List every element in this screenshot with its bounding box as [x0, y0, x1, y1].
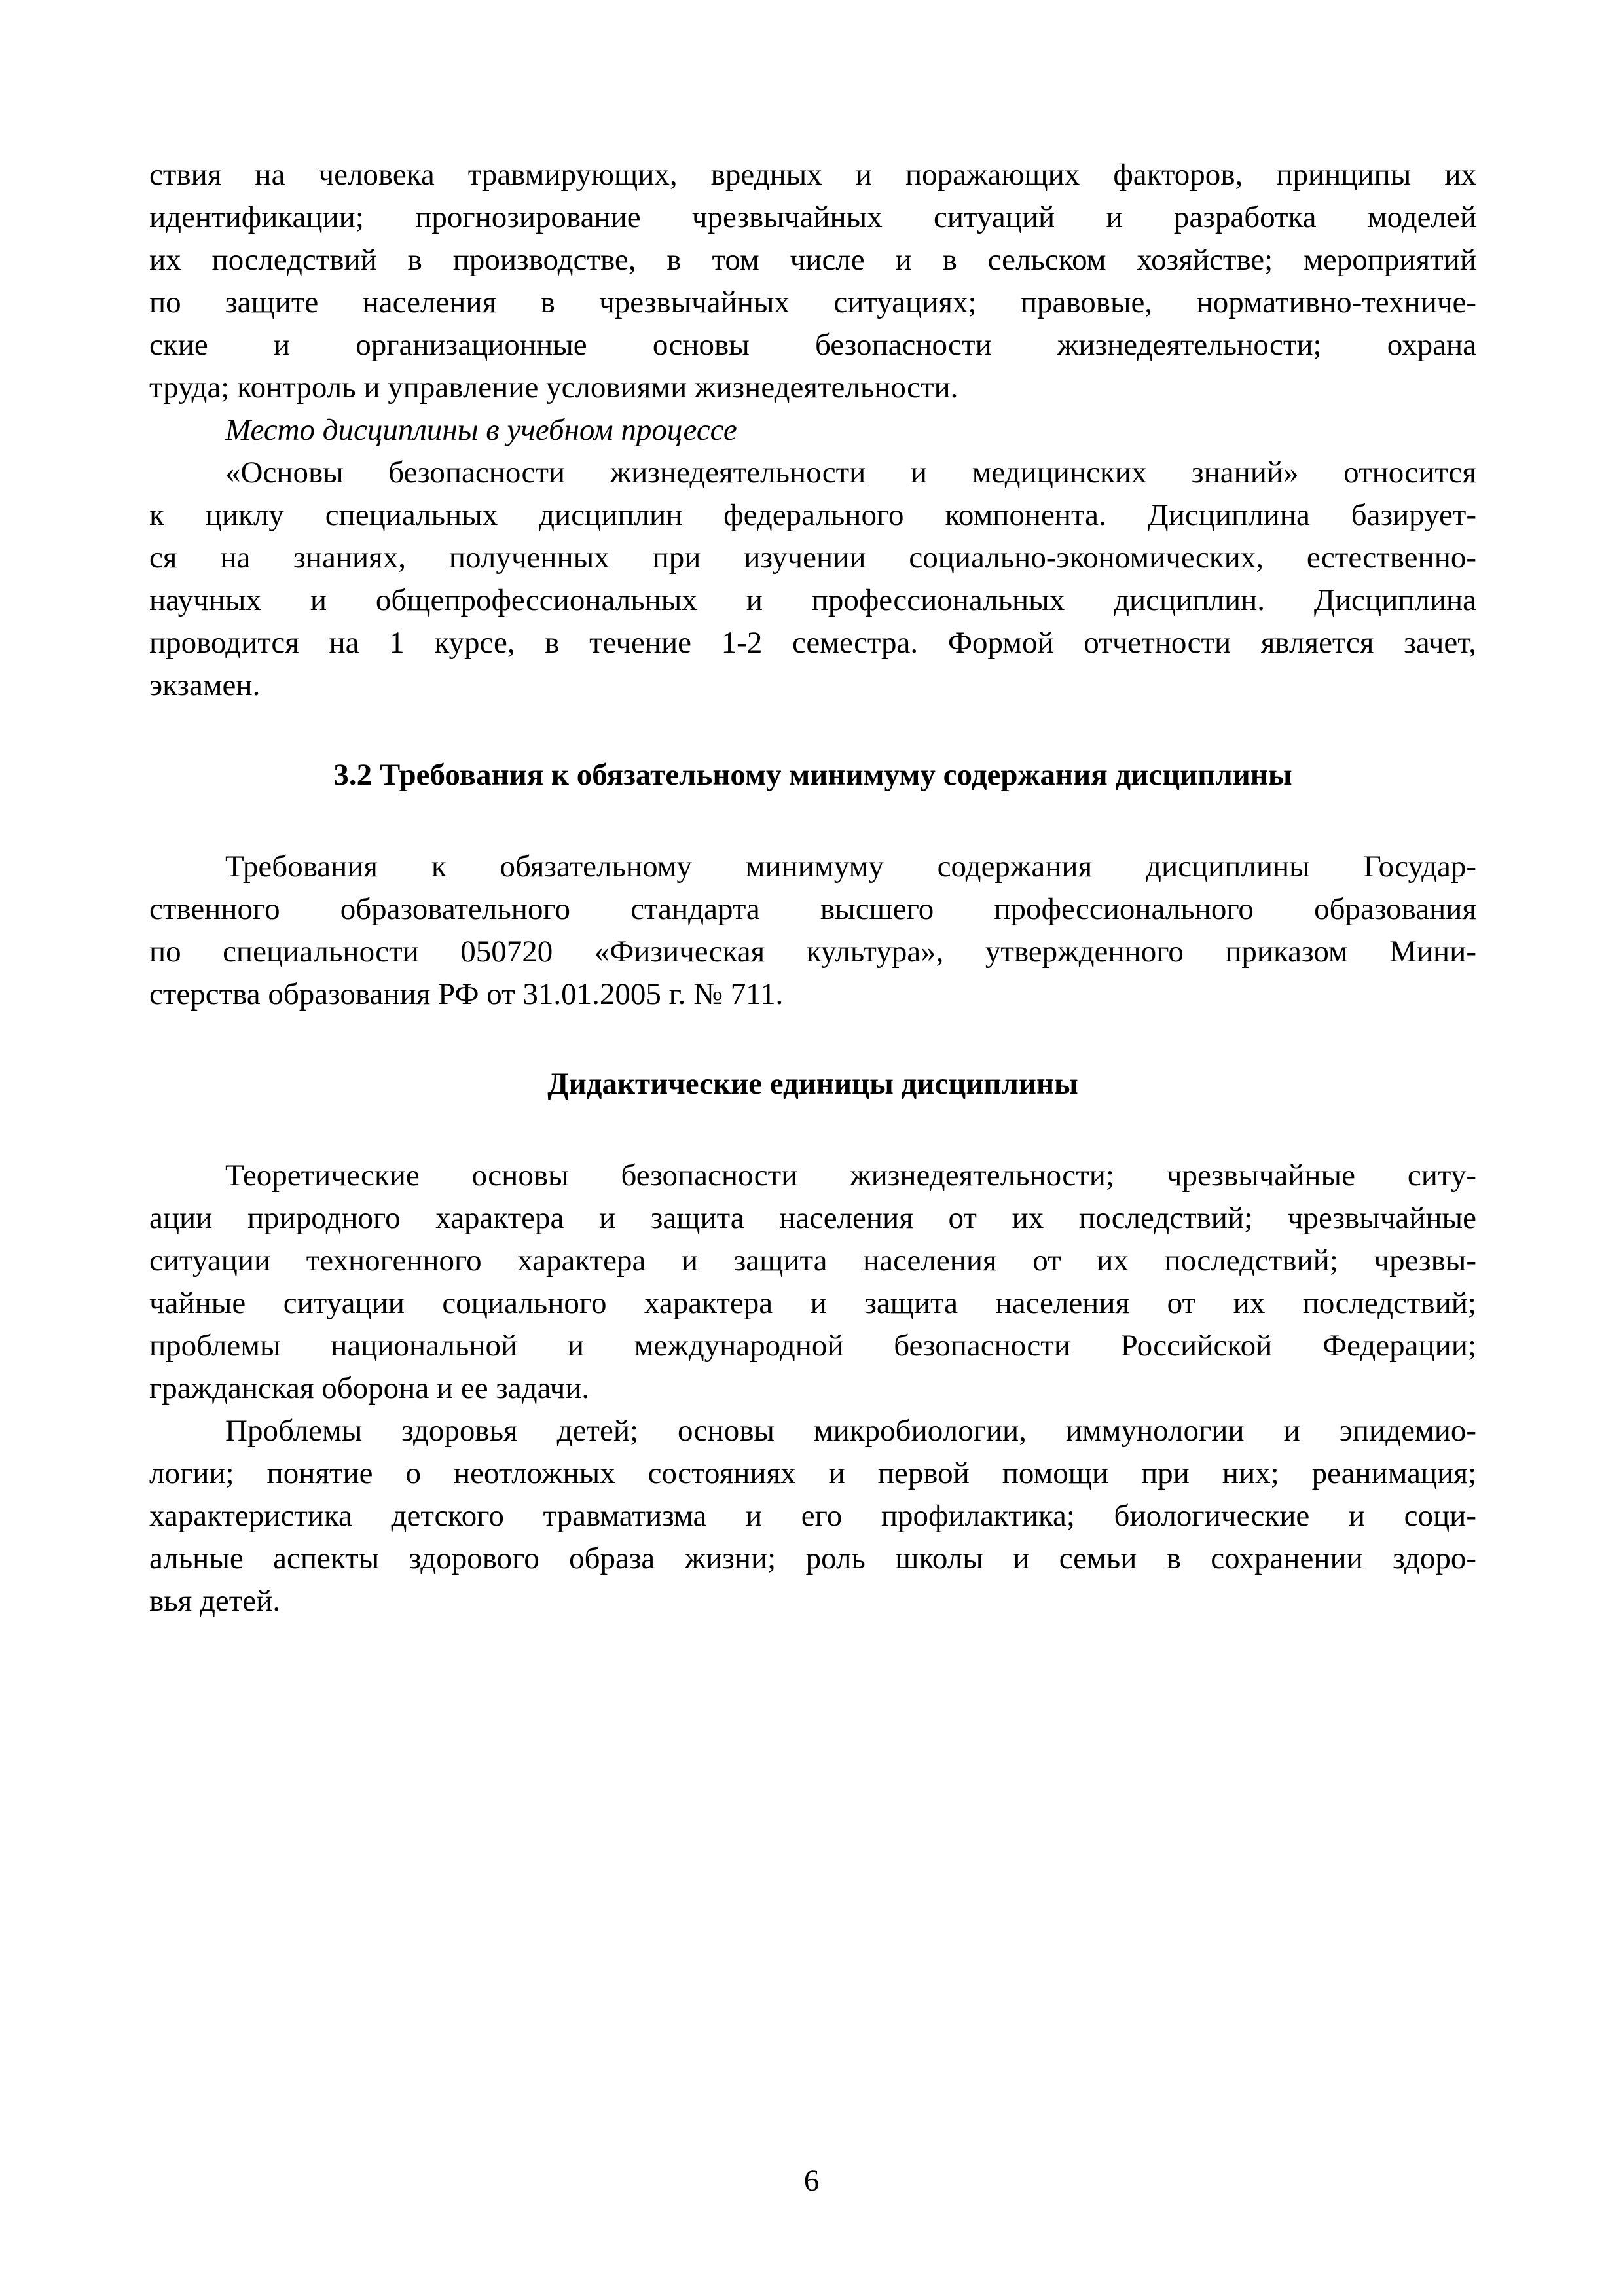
text-line: альные аспекты здорового образа жизни; р…: [149, 1537, 1476, 1580]
page-number: 6: [0, 2160, 1623, 2202]
text-line: гражданская оборона и ее задачи.: [149, 1367, 1476, 1410]
text-line: ситуации техногенного характера и защита…: [149, 1240, 1476, 1282]
text-line: проблемы национальной и международной бе…: [149, 1325, 1476, 1367]
document-page: ствия на человека травмирующих, вредных …: [0, 0, 1623, 2296]
text-line: труда; контроль и управление условиями ж…: [149, 367, 1476, 409]
text-line: «Основы безопасности жизнедеятельности и…: [149, 452, 1476, 494]
section-heading: Дидактические единицы дисциплины: [149, 1063, 1476, 1105]
text-line: экзамен.: [149, 664, 1476, 707]
text-line: чайные ситуации социального характера и …: [149, 1282, 1476, 1325]
text-line: по специальности 050720 «Физическая куль…: [149, 931, 1476, 973]
paragraph: «Основы безопасности жизнедеятельности и…: [149, 452, 1476, 707]
paragraph: Теоретические основы безопасности жизнед…: [149, 1155, 1476, 1410]
text-line: к циклу специальных дисциплин федерально…: [149, 494, 1476, 537]
text-line: ации природного характера и защита насел…: [149, 1197, 1476, 1240]
text-line: характеристика детского травматизма и ег…: [149, 1495, 1476, 1537]
text-line: логии; понятие о неотложных состояниях и…: [149, 1452, 1476, 1495]
text-line: проводится на 1 курсе, в течение 1-2 сем…: [149, 622, 1476, 664]
text-line: ствия на человека травмирующих, вредных …: [149, 154, 1476, 196]
text-line: идентификации; прогнозирование чрезвычай…: [149, 196, 1476, 239]
text-line: Проблемы здоровья детей; основы микробио…: [149, 1410, 1476, 1452]
paragraph: Место дисциплины в учебном процессе: [149, 409, 1476, 452]
paragraph: Проблемы здоровья детей; основы микробио…: [149, 1410, 1476, 1623]
text-line: их последствий в производстве, в том чис…: [149, 239, 1476, 281]
text-line: вья детей.: [149, 1580, 1476, 1623]
text-line: научных и общепрофессиональных и професс…: [149, 579, 1476, 622]
text-line: ся на знаниях, полученных при изучении с…: [149, 537, 1476, 579]
section-heading: 3.2 Требования к обязательному минимуму …: [149, 754, 1476, 797]
paragraph: ствия на человека травмирующих, вредных …: [149, 154, 1476, 409]
text-line: Теоретические основы безопасности жизнед…: [149, 1155, 1476, 1197]
text-line: по защите населения в чрезвычайных ситуа…: [149, 281, 1476, 324]
text-line: Требования к обязательному минимуму соде…: [149, 846, 1476, 888]
text-line: Место дисциплины в учебном процессе: [149, 409, 1476, 452]
text-content: ствия на человека травмирующих, вредных …: [149, 154, 1476, 1623]
text-line: ские и организационные основы безопаснос…: [149, 324, 1476, 367]
paragraph: Требования к обязательному минимуму соде…: [149, 846, 1476, 1016]
text-line: ственного образовательного стандарта выс…: [149, 888, 1476, 931]
text-line: стерства образования РФ от 31.01.2005 г.…: [149, 973, 1476, 1016]
